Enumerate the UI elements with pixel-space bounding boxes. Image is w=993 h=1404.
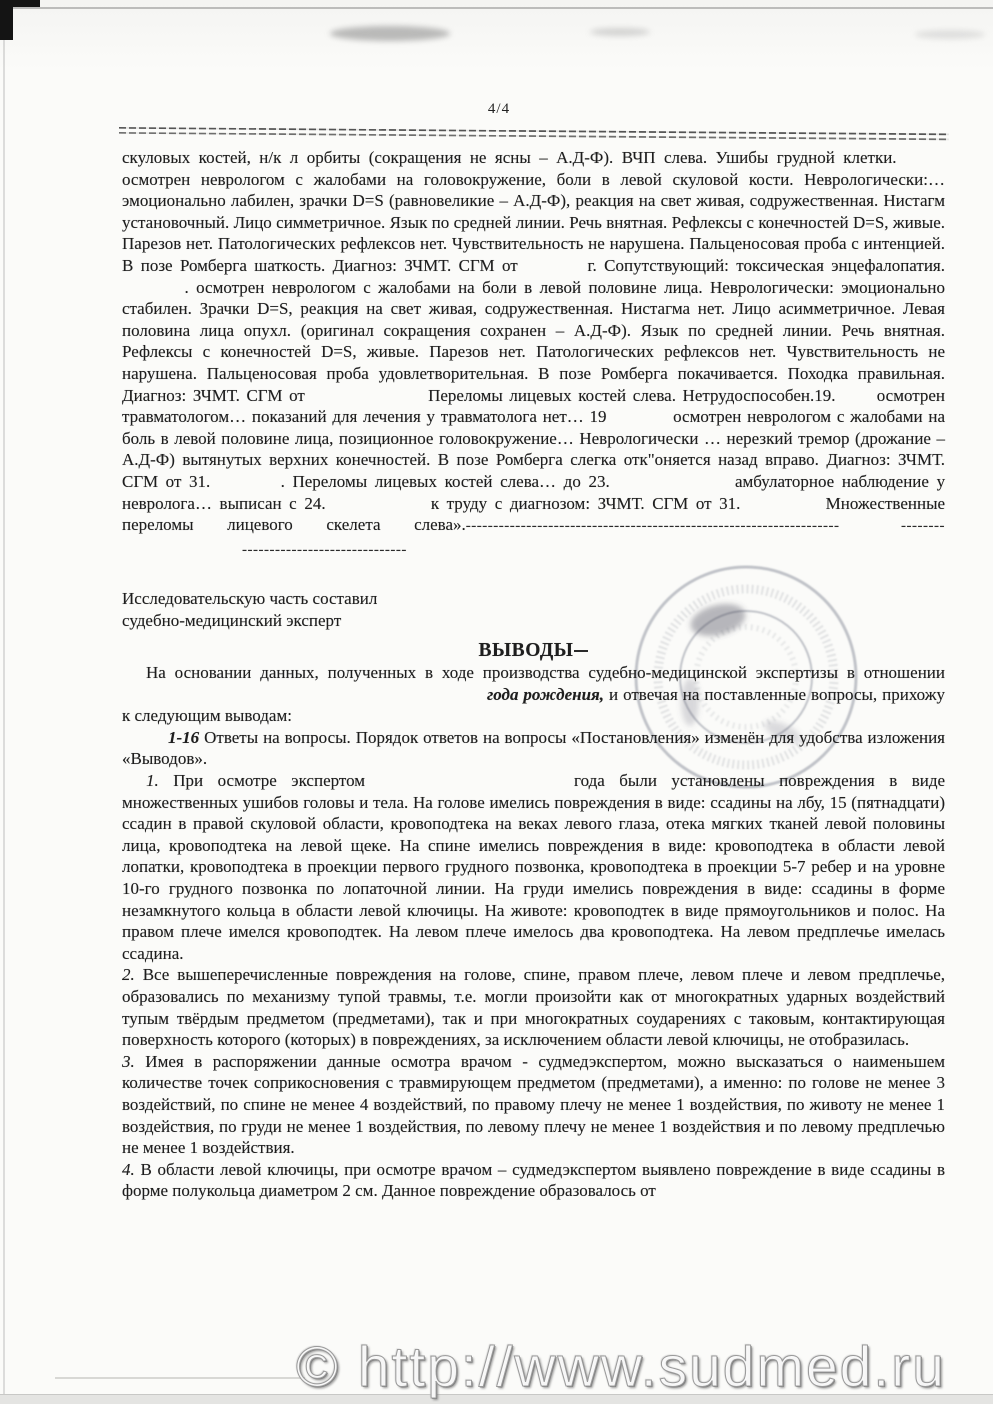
scan-smudge [330,26,450,41]
history-text: Переломы лицевых костей слева. Нетрудосп… [428,386,835,405]
conclusions-heading: ВЫВОДЫ [122,640,945,662]
scan-smudge [915,30,985,39]
page-number: 4/4 [488,101,510,118]
paragraph-medical-history: скуловых костей, н/к л орбиты (сокращени… [122,147,945,561]
document-body: скуловых костей, н/к л орбиты (сокращени… [122,147,945,1202]
scan-left-edge-line [3,0,5,1404]
item-text: года были установлены повреждения в виде… [122,771,945,963]
redacted-gap [842,400,870,401]
redacted-name-gap [122,699,482,700]
item-number: 3. [122,1052,135,1071]
composer-line: судебно-медицинский эксперт [122,610,945,632]
item-number: 1. [146,771,159,790]
item-number: 2. [122,965,135,984]
item-text: Имея в распоряжении данные осмотра врачо… [122,1052,945,1157]
item-text: В области левой ключицы, при осмотре вра… [122,1160,945,1201]
conclusions-heading-text: ВЫВОДЫ [479,640,574,661]
history-text: . Переломы лицевых костей слева… до 23. [281,472,610,491]
scan-faint-line [55,1377,305,1379]
redacted-date-gap [525,270,580,271]
heading-strike-mark [574,650,588,652]
conclusion-item-1: 1. При осмотре экспертом года были устан… [122,770,945,964]
item-text: Все вышеперечисленные повреждения на гол… [122,965,945,1049]
paragraph-intro: На основании данных, полученных в ходе п… [122,662,945,727]
dash-gap [873,529,901,530]
filler-dashes: ----------------------------------------… [466,518,840,534]
redacted-date-gap [218,486,273,487]
birth-year-text: года рождения, [487,685,604,704]
redacted-gap [748,508,818,509]
redacted-gap [905,162,945,163]
redacted-date-gap [380,785,560,786]
history-text: к труду с диагнозом: ЗЧМТ. СГМ от 31. [431,494,741,513]
item-number: 4. [122,1160,135,1179]
history-text: г. Сопутствующий: токсическая энцефалопа… [588,256,946,275]
redacted-gap [617,486,727,487]
conclusion-item-4: 4. В области левой ключицы, при осмотре … [122,1159,945,1202]
redacted-date-gap [311,400,421,401]
composer-line: Исследовательскую часть составил [122,588,945,610]
redacted-gap [122,292,177,293]
note-number: 1-16 [168,728,199,747]
composer-block: Исследовательскую часть составил судебно… [122,588,945,631]
sudmed-watermark: © http://www.sudmed.ru [296,1334,946,1400]
scanned-document-page: 4/4 скуловых костей, н/к л орбиты (сокра… [0,0,993,1404]
scan-smudge [590,28,650,36]
conclusion-item-3: 3. Имея в распоряжении данные осмотра вр… [122,1051,945,1159]
filler-dashes: -------- [901,518,945,534]
conclusion-item-2: 2. Все вышеперечисленные повреждения на … [122,964,945,1050]
scan-top-edge-line [0,7,993,9]
separator-line [119,127,949,141]
filler-dashes: ------------------------------ [242,542,407,558]
note-text: Ответы на вопросы. Порядок ответов на во… [122,728,945,769]
history-text: скуловых костей, н/к л орбиты (сокращени… [122,148,897,167]
item-text: При осмотре экспертом [173,771,365,790]
redacted-gap [333,508,423,509]
scan-corner-artifact [0,0,40,7]
redacted-gap [612,421,667,422]
intro-text: На основании данных, полученных в ходе п… [146,663,945,682]
paragraph-note: 1-16 Ответы на вопросы. Порядок ответов … [122,727,945,770]
dash-gap [122,553,242,554]
